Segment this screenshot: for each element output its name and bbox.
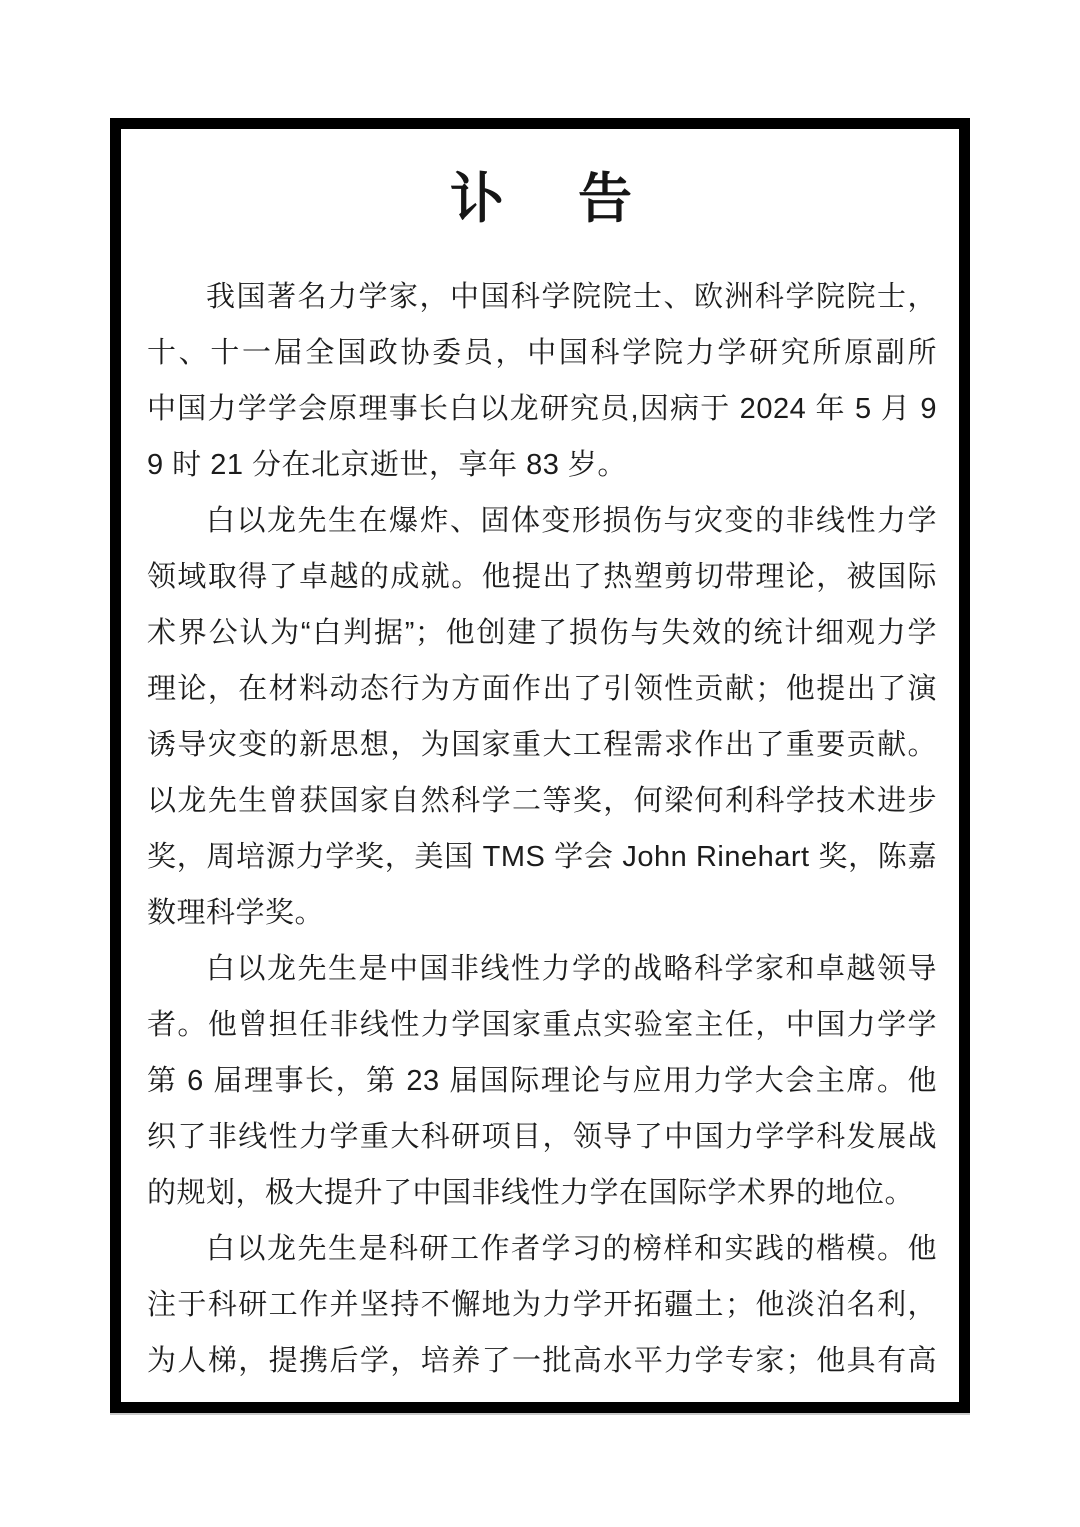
text-line: 为人梯，提携后学，培养了一批高水平力学专家；他具有高尚 (147, 1333, 937, 1389)
paragraph-3: 白以龙先生是中国非线性力学的战略科学家和卓越领导 者。他曾担任非线性力学国家重点… (147, 941, 937, 1221)
text-line: 数理科学奖。 (147, 885, 937, 941)
notice-frame: 讣 告 我国著名力学家，中国科学院院士、欧洲科学院院士，第 十、十一届全国政协委… (110, 118, 970, 1413)
text-line: 注于科研工作并坚持不懈地为力学开拓疆土；他淡泊名利，甘 (147, 1277, 937, 1333)
text-line: 奖，周培源力学奖，美国 TMS 学会 John Rinehart 奖，陈嘉庚 (147, 829, 937, 885)
text-line: 理论，在材料动态行为方面作出了引领性贡献；他提出了演化 (147, 661, 937, 717)
text-line: 中国力学学会原理事长白以龙研究员,因病于 2024 年 5 月 9 日 (147, 381, 937, 437)
text-line: 的规划，极大提升了中国非线性力学在国际学术界的地位。 (147, 1165, 937, 1221)
text-line: 白以龙先生是科研工作者学习的榜样和实践的楷模。他专 (147, 1221, 937, 1277)
text-line: 我国著名力学家，中国科学院院士、欧洲科学院院士，第 (147, 269, 937, 325)
text-line: 白以龙先生是中国非线性力学的战略科学家和卓越领导 (147, 941, 937, 997)
paragraph-2: 白以龙先生在爆炸、固体变形损伤与灾变的非线性力学等 领域取得了卓越的成就。他提出… (147, 493, 937, 941)
paragraph-1: 我国著名力学家，中国科学院院士、欧洲科学院院士，第 十、十一届全国政协委员，中国… (147, 269, 937, 493)
text-line: 者。他曾担任非线性力学国家重点实验室主任，中国力学学会 (147, 997, 937, 1053)
text-line: 术界公认为“白判据”；他创建了损伤与失效的统计细观力学 (147, 605, 937, 661)
notice-title: 讣 告 (147, 167, 937, 231)
text-line: 诱导灾变的新思想，为国家重大工程需求作出了重要贡献。白 (147, 717, 937, 773)
notice-body: 我国著名力学家，中国科学院院士、欧洲科学院院士，第 十、十一届全国政协委员，中国… (147, 269, 937, 1389)
text-line: 领域取得了卓越的成就。他提出了热塑剪切带理论，被国际学 (147, 549, 937, 605)
text-line: 以龙先生曾获国家自然科学二等奖，何梁何利科学技术进步 (147, 773, 937, 829)
paragraph-4: 白以龙先生是科研工作者学习的榜样和实践的楷模。他专 注于科研工作并坚持不懈地为力… (147, 1221, 937, 1389)
obituary-page: 讣 告 我国著名力学家，中国科学院院士、欧洲科学院院士，第 十、十一届全国政协委… (0, 0, 1080, 1527)
text-line: 9 时 21 分在北京逝世，享年 83 岁。 (147, 437, 937, 493)
text-line: 第 6 届理事长，第 23 届国际理论与应用力学大会主席。他组 (147, 1053, 937, 1109)
text-line: 十、十一届全国政协委员，中国科学院力学研究所原副所长、 (147, 325, 937, 381)
text-line: 白以龙先生在爆炸、固体变形损伤与灾变的非线性力学等 (147, 493, 937, 549)
text-line: 织了非线性力学重大科研项目，领导了中国力学学科发展战略 (147, 1109, 937, 1165)
